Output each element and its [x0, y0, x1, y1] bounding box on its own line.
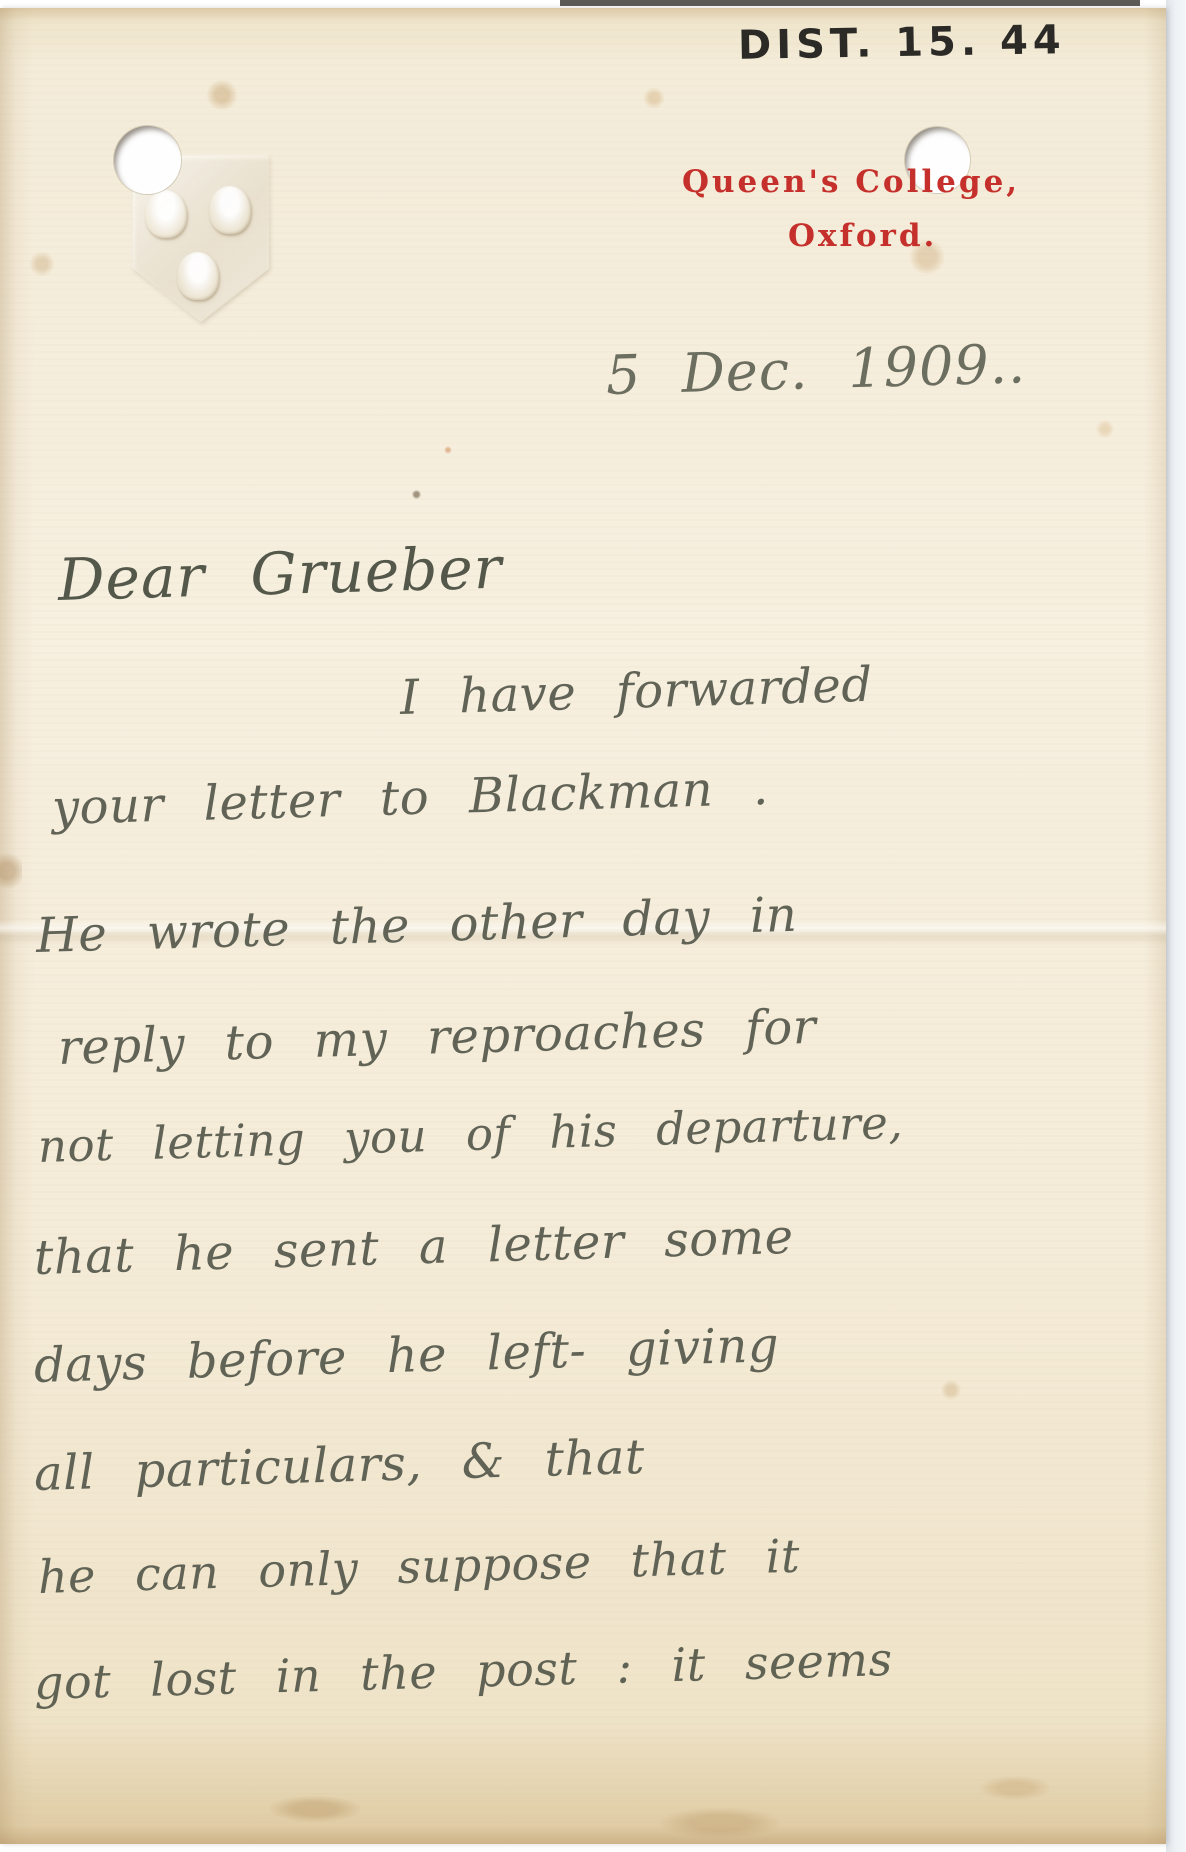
body-line: got lost in the post : it seems — [33, 1632, 893, 1710]
body-line: he can only suppose that it — [37, 1529, 800, 1604]
letterhead-city: Oxford. — [788, 218, 937, 254]
crest-eagle-icon — [145, 190, 187, 238]
body-line: I have forwarded — [399, 657, 873, 726]
handwritten-date: 5 Dec. 1909.. — [605, 332, 1027, 407]
scanned-letter-page: DIST. 15. 44 Queen's College, Oxford. 5 … — [0, 0, 1186, 1852]
body-line: days before he left- giving — [33, 1317, 780, 1394]
letterhead-college-name: Queen's College, — [682, 164, 1020, 200]
punch-hole-left — [114, 126, 181, 194]
body-line: He wrote the other day in — [35, 887, 798, 964]
scanner-background — [1166, 0, 1186, 1852]
salutation: Dear Grueber — [57, 534, 503, 614]
body-line: all particulars, & that — [33, 1429, 645, 1502]
crest-eagle-icon — [177, 252, 219, 300]
archive-reference-number: DIST. 15. 44 — [738, 17, 1066, 69]
crest-eagle-icon — [209, 186, 251, 234]
body-line: reply to my reproaches for — [57, 999, 817, 1076]
letter-paper: DIST. 15. 44 Queen's College, Oxford. 5 … — [0, 8, 1166, 1844]
body-line: that he sent a letter some — [33, 1209, 794, 1286]
body-line: your letter to Blackman . — [51, 760, 769, 836]
body-line: not letting you of his departure, — [37, 1096, 904, 1173]
scanner-edge-artifact — [560, 0, 1140, 6]
